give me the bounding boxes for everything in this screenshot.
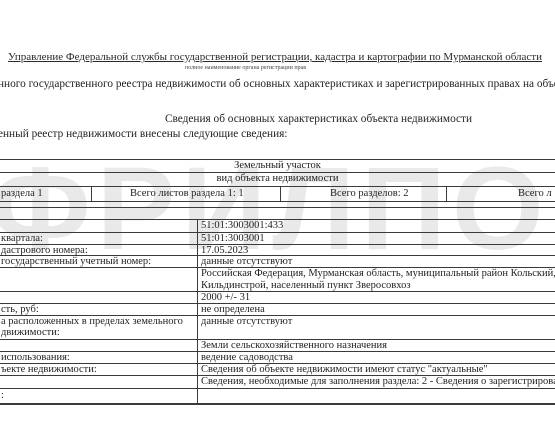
intro-text: енный реестр недвижимости внесены следую…: [0, 128, 287, 140]
sheet-number: раздела 1: [1, 188, 43, 200]
land-category: Земли сельскохозяйственного назначения: [201, 340, 387, 352]
table-border: [0, 186, 555, 187]
row-label: использования:: [1, 352, 70, 364]
area: 2000 +/- 31: [201, 292, 250, 304]
table-border: [0, 388, 555, 389]
section-title: Сведения об основных характеристиках объ…: [165, 113, 472, 125]
row-label: сть, руб:: [1, 304, 39, 316]
row-label: ъекте недвижимости:: [1, 364, 97, 376]
row-label: :: [1, 390, 4, 402]
table-border: [0, 201, 555, 202]
table-border: [0, 403, 555, 405]
table-border: [0, 207, 555, 208]
quarter-number: 51:01:3003001: [201, 233, 265, 245]
address-line2: Кильдинстрой, населенный пункт Зверосовх…: [201, 280, 411, 292]
organization-name: Управление Федеральной службы государств…: [8, 51, 542, 63]
table-border: [446, 186, 447, 201]
organization-caption: полное наименование органа регистрации п…: [185, 65, 306, 71]
address: Российская Федерация, Мурманская область…: [201, 268, 555, 280]
permitted-use: ведение садоводства: [201, 352, 293, 364]
row-label: квартала:: [1, 233, 43, 245]
extract-title: нного государственного реестра недвижимо…: [0, 78, 555, 90]
object-status: Сведения об объекте недвижимости имеют с…: [201, 364, 488, 376]
cadastral-number: 51:01:3003001:433: [201, 220, 283, 232]
object-type-caption: вид объекта недвижимости: [0, 173, 555, 185]
previous-number: данные отсутствуют: [201, 256, 292, 268]
total-sections: Всего разделов: 2: [330, 188, 408, 200]
cadastral-cost: не определена: [201, 304, 265, 316]
special-notes: Сведения, необходимые для заполнения раз…: [201, 376, 555, 388]
table-border: [0, 303, 555, 304]
table-border: [0, 232, 555, 233]
total-sheets: Всего л: [518, 188, 552, 200]
table-border: [280, 186, 281, 201]
row-label: государственный учетный номер:: [1, 256, 151, 268]
table-border: [91, 186, 92, 201]
objects-within: данные отсутствуют: [201, 316, 292, 328]
object-type: Земельный участок: [0, 160, 555, 172]
total-sheets-section: Всего листов раздела 1: 1: [130, 188, 244, 200]
row-label-line2: движимости:: [1, 327, 60, 339]
